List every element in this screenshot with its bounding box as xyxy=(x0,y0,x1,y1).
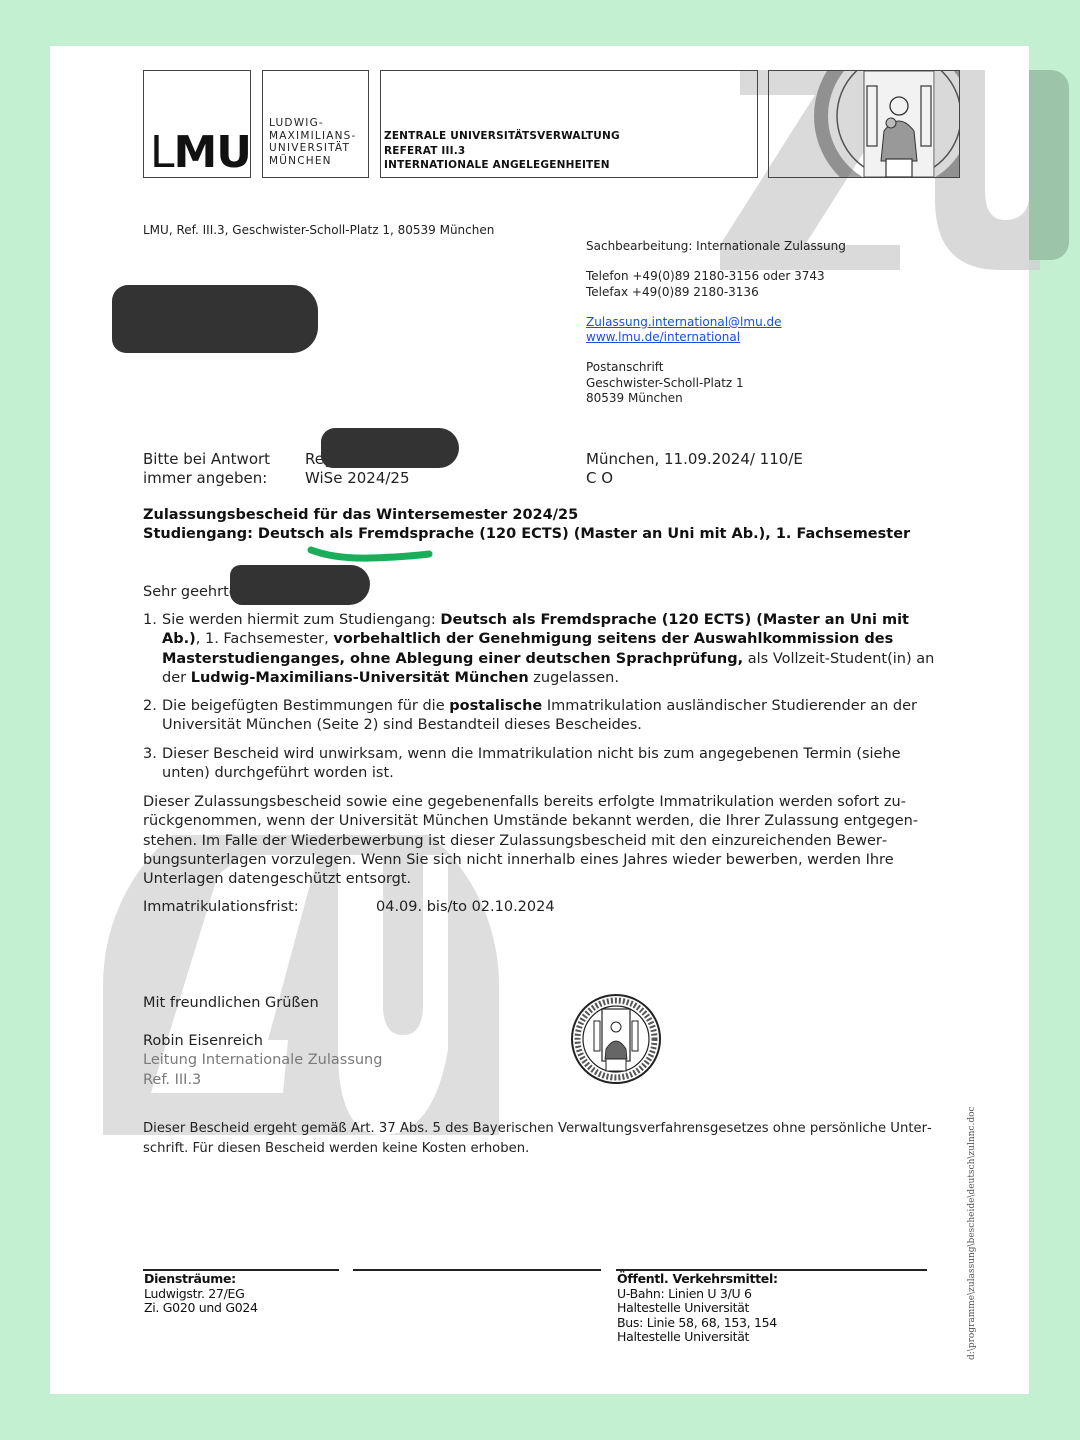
footer-divider xyxy=(353,1269,601,1271)
reference-label: Bitte bei Antwort immer angeben: xyxy=(143,450,270,488)
document-file-path: d:\programme\zulassung\bescheide\deutsch… xyxy=(967,1106,977,1360)
transport-heading: Öffentl. Verkehrsmittel: xyxy=(617,1272,778,1287)
contact-block: Sachbearbeitung: Internationale Zulassun… xyxy=(586,239,846,406)
registration-number-redaction xyxy=(321,428,459,468)
revocation-paragraph: Dieser Zulassungsbescheid sowie eine geg… xyxy=(143,793,938,889)
phone-number: Telefon +49(0)89 2180-3156 oder 3743 xyxy=(586,269,846,284)
decision-point: 2.Die beigefügten Bestimmungen für die p… xyxy=(143,697,943,736)
highlight-marker-stroke xyxy=(305,544,435,564)
letter-date: München, 11.09.2024/ 110/E xyxy=(586,450,803,469)
footer-transport: Öffentl. Verkehrsmittel: U-Bahn: Linien … xyxy=(617,1272,778,1345)
processing-department: Sachbearbeitung: Internationale Zulassun… xyxy=(586,239,846,254)
subject-title: Zulassungsbescheid für das Wintersemeste… xyxy=(143,506,910,525)
lmu-logo: LMU xyxy=(150,127,251,178)
enrollment-deadline-label: Immatrikulationsfrist: xyxy=(143,898,299,917)
email-link[interactable]: Zulassung.international@lmu.de xyxy=(586,315,782,329)
university-seal-icon xyxy=(769,71,959,177)
clerk-code: C O xyxy=(586,469,803,488)
legal-note: Dieser Bescheid ergeht gemäß Art. 37 Abs… xyxy=(143,1119,943,1158)
recipient-name-redaction xyxy=(230,565,370,605)
department-box: ZENTRALE UNIVERSITÄTSVERWALTUNG REFERAT … xyxy=(380,70,758,178)
closing-greeting: Mit freundlichen Grüßen xyxy=(143,994,319,1013)
recipient-address-redaction xyxy=(112,285,318,353)
signatory-name: Robin Eisenreich xyxy=(143,1032,382,1051)
semester-reference: WiSe 2024/25 xyxy=(305,469,410,488)
department-name: ZENTRALE UNIVERSITÄTSVERWALTUNG REFERAT … xyxy=(384,129,620,173)
university-name: LUDWIG- MAXIMILIANS- UNIVERSITÄT MÜNCHEN xyxy=(269,117,357,167)
footer-offices: Diensträume: Ludwigstr. 27/EG Zi. G020 u… xyxy=(144,1272,258,1316)
signatory-block: Robin Eisenreich Leitung Internationale … xyxy=(143,1032,382,1090)
offices-heading: Diensträume: xyxy=(144,1272,258,1287)
signatory-unit: Ref. III.3 xyxy=(143,1071,382,1090)
decision-point: 3.Dieser Bescheid wird unwirksam, wenn d… xyxy=(143,745,943,784)
website-link[interactable]: www.lmu.de/international xyxy=(586,330,740,344)
subject: Zulassungsbescheid für das Wintersemeste… xyxy=(143,506,910,544)
postal-street: Geschwister-Scholl-Platz 1 xyxy=(586,376,846,391)
decision-point: 1.Sie werden hiermit zum Studiengang: De… xyxy=(143,611,943,688)
decision-points: 1.Sie werden hiermit zum Studiengang: De… xyxy=(143,611,943,792)
lmu-logo-box: LMU xyxy=(143,70,251,178)
postal-city: 80539 München xyxy=(586,391,846,406)
subject-program: Studiengang: Deutsch als Fremdsprache (1… xyxy=(143,525,910,544)
university-name-box: LUDWIG- MAXIMILIANS- UNIVERSITÄT MÜNCHEN xyxy=(262,70,369,178)
postal-label: Postanschrift xyxy=(586,360,846,375)
salutation: Sehr geehrte xyxy=(143,583,238,602)
official-seal-stamp-icon xyxy=(570,993,662,1085)
zu-watermark-green-overlay xyxy=(1029,70,1069,260)
fax-number: Telefax +49(0)89 2180-3136 xyxy=(586,285,846,300)
enrollment-deadline-value: 04.09. bis/to 02.10.2024 xyxy=(376,898,555,917)
seal-box xyxy=(768,70,960,178)
sender-address-line: LMU, Ref. III.3, Geschwister-Scholl-Plat… xyxy=(143,223,494,237)
date-reference: München, 11.09.2024/ 110/E C O xyxy=(586,450,803,488)
signatory-title: Leitung Internationale Zulassung xyxy=(143,1051,382,1070)
